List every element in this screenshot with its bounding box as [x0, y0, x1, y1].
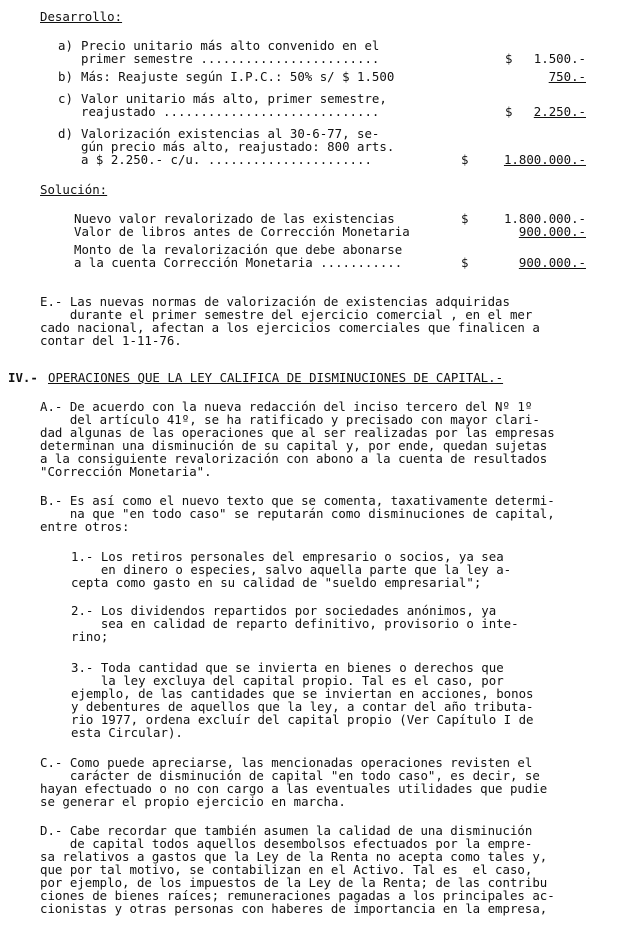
- section-iv-number: IV.-: [8, 371, 38, 384]
- solucion-row-1-currency: $: [461, 212, 468, 225]
- paragraph-a-line6: "Corrección Monetaria".: [40, 465, 212, 478]
- solucion-row-3-line2: a la cuenta Corrección Monetaria .......…: [74, 256, 402, 269]
- solucion-row-2: Valor de libros antes de Corrección Mone…: [74, 225, 410, 238]
- list-item-3-line6: esta Circular).: [71, 726, 183, 739]
- item-c-currency: $: [505, 105, 512, 118]
- item-a-amount: 1.500.-: [534, 52, 586, 65]
- item-a-line2: primer semestre ........................: [81, 52, 379, 65]
- solucion-row-3-amount: 900.000.-: [519, 256, 586, 269]
- item-d-currency: $: [461, 153, 468, 166]
- item-b-amount: 750.-: [549, 70, 586, 83]
- item-c-amount: 2.250.-: [534, 105, 586, 118]
- item-d-label: d): [58, 127, 73, 140]
- item-c-line2: reajustado .............................: [81, 105, 379, 118]
- solucion-row-3-currency: $: [461, 256, 468, 269]
- paragraph-b-line3: entre otros:: [40, 520, 130, 533]
- solucion-row-2-amount: 900.000.-: [519, 225, 586, 238]
- item-c-label: c): [58, 92, 73, 105]
- item-b-line1: Más: Reajuste según I.P.C.: 50% s/ $ 1.5…: [81, 70, 394, 83]
- list-item-1-line3: cepta como gasto en su calidad de "sueld…: [71, 576, 481, 589]
- paragraph-d-line7: cionistas y otras personas con haberes d…: [40, 902, 547, 915]
- item-d-line3: a $ 2.250.- c/u. ......................: [81, 153, 372, 166]
- paragraph-c-line4: se generar el propio ejercicio en marcha…: [40, 795, 346, 808]
- solucion-heading: Solución:: [40, 183, 107, 196]
- item-a-currency: $: [505, 52, 512, 65]
- list-item-2-line2: sea en calidad de reparto definitivo, pr…: [71, 617, 519, 630]
- item-b-label: b): [58, 70, 73, 83]
- item-d-amount: 1.800.000.-: [504, 153, 586, 166]
- list-item-2-line3: rino;: [71, 630, 108, 643]
- section-iv-title: OPERACIONES QUE LA LEY CALIFICA DE DISMI…: [48, 371, 503, 384]
- desarrollo-heading: Desarrollo:: [40, 10, 122, 23]
- paragraph-e-line4: contar del 1-11-76.: [40, 334, 182, 347]
- item-a-label: a): [58, 39, 73, 52]
